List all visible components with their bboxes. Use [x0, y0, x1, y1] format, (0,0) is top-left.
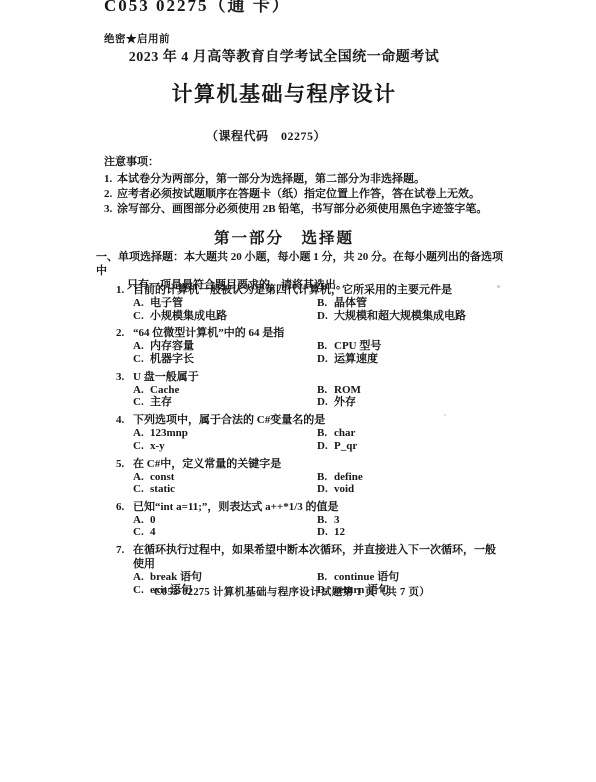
options-grid: A. 内存容量 B. CPU 型号 C. 机器字长 D. 运算速度	[95, 340, 501, 365]
options-grid: A. const B. define C. static D. void	[95, 471, 501, 496]
question-text: 在 C#中，定义常量的关键字是	[133, 457, 501, 471]
option-b-label: B.	[317, 384, 334, 397]
option-d-text: P_qr	[334, 440, 501, 453]
option-b-text: char	[334, 427, 501, 440]
question-text: 目前的计算机一般被认为是第四代计算机，它所采用的主要元件是	[133, 283, 501, 297]
question-block: 6. 已知“int a=11;”，则表达式 a++*1/3 的值是 A. 0 B…	[95, 500, 501, 539]
option-d-label: D.	[317, 440, 334, 453]
notice-item-text: 涂写部分、画图部分必须使用 2B 铅笔，书写部分必须使用黑色字迹签字笔。	[117, 202, 508, 217]
question-text-line: 5. 在 C#中，定义常量的关键字是	[95, 457, 501, 471]
option-c: C. 4	[133, 526, 317, 539]
option-b: B. continue 语句	[317, 571, 501, 584]
option-c: C. 机器字长	[133, 353, 317, 366]
option-d-text: void	[334, 483, 501, 496]
option-a: A. Cache	[133, 384, 317, 397]
option-d-label: D.	[317, 396, 334, 409]
option-a: A. 123mnp	[133, 427, 317, 440]
notice-list: 1. 本试卷分为两部分，第一部分为选择题，第二部分为非选择题。 2. 应考者必须…	[104, 172, 508, 218]
option-b: B. CPU 型号	[317, 340, 501, 353]
option-c-label: C.	[133, 440, 150, 453]
question-block: 5. 在 C#中，定义常量的关键字是 A. const B. define C.…	[95, 457, 501, 496]
option-c: C. static	[133, 483, 317, 496]
option-a: A. break 语句	[133, 571, 317, 584]
option-b-label: B.	[317, 471, 334, 484]
exam-session-line: 2023 年 4 月高等教育自学考试全国统一命题考试	[84, 46, 484, 66]
option-a-label: A.	[133, 427, 150, 440]
option-a: A. 内存容量	[133, 340, 317, 353]
option-d: D. 外存	[317, 396, 501, 409]
question-block: 4. 下列选项中，属于合法的 C#变量名的是 A. 123mnp B. char…	[95, 413, 501, 452]
option-d-label: D.	[317, 310, 334, 323]
question-number: 1.	[116, 283, 133, 297]
question-text-line: 4. 下列选项中，属于合法的 C#变量名的是	[95, 413, 501, 427]
question-number: 5.	[116, 457, 133, 471]
notice-item: 3. 涂写部分、画图部分必须使用 2B 铅笔，书写部分必须使用黑色字迹签字笔。	[104, 202, 508, 217]
option-c: C. x-y	[133, 440, 317, 453]
option-b: B. ROM	[317, 384, 501, 397]
options-grid: A. Cache B. ROM C. 主存 D. 外存	[95, 384, 501, 409]
notice-item-text: 本试卷分为两部分，第一部分为选择题，第二部分为非选择题。	[117, 172, 508, 187]
question-text: U 盘一般属于	[133, 370, 501, 384]
options-grid: A. 0 B. 3 C. 4 D. 12	[95, 514, 501, 539]
question-number: 3.	[116, 370, 133, 384]
option-c-text: x-y	[150, 440, 317, 453]
question-text-line: 6. 已知“int a=11;”，则表达式 a++*1/3 的值是	[95, 500, 501, 514]
option-c-label: C.	[133, 483, 150, 496]
cropped-code-text: C053 02275（通 卡）	[104, 0, 344, 16]
option-b-text: CPU 型号	[334, 340, 501, 353]
option-a-label: A.	[133, 471, 150, 484]
option-b-label: B.	[317, 514, 334, 527]
option-b-text: define	[334, 471, 501, 484]
options-grid: A. 电子管 B. 晶体管 C. 小规模集成电路 D. 大规模和超大规模集成电路	[95, 297, 501, 322]
option-c-text: 机器字长	[150, 353, 317, 366]
exam-paper-page: C053 02275（通 卡） 绝密★启用前 2023 年 4 月高等教育自学考…	[0, 0, 596, 782]
option-d-label: D.	[317, 353, 334, 366]
option-c-label: C.	[133, 310, 150, 323]
notice-item: 1. 本试卷分为两部分，第一部分为选择题，第二部分为非选择题。	[104, 172, 508, 187]
notice-item-number: 3.	[104, 202, 117, 217]
option-c-text: 4	[150, 526, 317, 539]
question-text: 在循环执行过程中，如果希望中断本次循环，并直接进入下一次循环，一般使用	[133, 543, 501, 571]
option-b-label: B.	[317, 340, 334, 353]
option-b-label: B.	[317, 571, 334, 584]
option-c-label: C.	[133, 526, 150, 539]
option-d-text: 运算速度	[334, 353, 501, 366]
notice-item-text: 应考者必须按试题顺序在答题卡（纸）指定位置上作答，答在试卷上无效。	[117, 187, 508, 202]
question-text-line: 3. U 盘一般属于	[95, 370, 501, 384]
question-text: 已知“int a=11;”，则表达式 a++*1/3 的值是	[133, 500, 501, 514]
question-number: 6.	[116, 500, 133, 514]
notice-item-number: 2.	[104, 187, 117, 202]
option-a-text: 0	[150, 514, 317, 527]
option-d-text: 12	[334, 526, 501, 539]
question-block: 2. “64 位微型计算机”中的 64 是指 A. 内存容量 B. CPU 型号…	[95, 326, 501, 365]
option-a-label: A.	[133, 514, 150, 527]
option-c-text: 小规模集成电路	[150, 310, 317, 323]
option-a: A. 0	[133, 514, 317, 527]
option-d-text: 外存	[334, 396, 501, 409]
option-c-text: 主存	[150, 396, 317, 409]
option-b: B. 晶体管	[317, 297, 501, 310]
option-c-label: C.	[133, 353, 150, 366]
option-a-label: A.	[133, 297, 150, 310]
option-c: C. 小规模集成电路	[133, 310, 317, 323]
question-text-line: 2. “64 位微型计算机”中的 64 是指	[95, 326, 501, 340]
option-d-label: D.	[317, 483, 334, 496]
option-b: B. define	[317, 471, 501, 484]
option-a: A. 电子管	[133, 297, 317, 310]
question-block: 3. U 盘一般属于 A. Cache B. ROM C. 主存	[95, 370, 501, 409]
option-b-text: 3	[334, 514, 501, 527]
document-title: 计算机基础与程序设计	[84, 78, 484, 108]
option-a: A. const	[133, 471, 317, 484]
option-d: D. void	[317, 483, 501, 496]
option-d: D. 运算速度	[317, 353, 501, 366]
option-b-text: ROM	[334, 384, 501, 397]
option-b-label: B.	[317, 297, 334, 310]
scan-speck	[497, 285, 500, 288]
option-a-text: 123mnp	[150, 427, 317, 440]
option-a-text: const	[150, 471, 317, 484]
question-number: 4.	[116, 413, 133, 427]
option-a-text: break 语句	[150, 571, 317, 584]
question-number: 7.	[116, 543, 133, 571]
option-a-label: A.	[133, 340, 150, 353]
course-code: （课程代码 02275）	[66, 127, 466, 144]
question-text: “64 位微型计算机”中的 64 是指	[133, 326, 501, 340]
option-c-text: static	[150, 483, 317, 496]
section-title: 第一部分 选择题	[84, 226, 484, 248]
scan-speck	[444, 414, 446, 416]
question-block: 1. 目前的计算机一般被认为是第四代计算机，它所采用的主要元件是 A. 电子管 …	[95, 283, 501, 322]
option-d-label: D.	[317, 526, 334, 539]
question-list: 1. 目前的计算机一般被认为是第四代计算机，它所采用的主要元件是 A. 电子管 …	[95, 283, 501, 601]
page-footer: C053·02275 计算机基础与程序设计试题第 1 页（共 7 页）	[77, 584, 507, 599]
question-number: 2.	[116, 326, 133, 340]
question-text-line: 7. 在循环执行过程中，如果希望中断本次循环，并直接进入下一次循环，一般使用	[95, 543, 501, 571]
option-b-text: continue 语句	[334, 571, 501, 584]
option-a-text: 电子管	[150, 297, 317, 310]
option-a-text: Cache	[150, 384, 317, 397]
option-b-text: 晶体管	[334, 297, 501, 310]
notice-heading: 注意事项：	[104, 155, 508, 169]
option-d: D. P_qr	[317, 440, 501, 453]
option-b: B. char	[317, 427, 501, 440]
option-d-text: 大规模和超大规模集成电路	[334, 310, 501, 323]
option-a-label: A.	[133, 571, 150, 584]
option-d: D. 12	[317, 526, 501, 539]
options-grid: A. 123mnp B. char C. x-y D. P_qr	[95, 427, 501, 452]
notice-item-number: 1.	[104, 172, 117, 187]
option-b: B. 3	[317, 514, 501, 527]
question-text-line: 1. 目前的计算机一般被认为是第四代计算机，它所采用的主要元件是	[95, 283, 501, 297]
option-d: D. 大规模和超大规模集成电路	[317, 310, 501, 323]
notice-item: 2. 应考者必须按试题顺序在答题卡（纸）指定位置上作答，答在试卷上无效。	[104, 187, 508, 202]
mcq-intro-line1: 一、单项选择题：本大题共 20 小题，每小题 1 分，共 20 分。在每小题列出…	[96, 251, 504, 279]
notice-section: 注意事项： 1. 本试卷分为两部分，第一部分为选择题，第二部分为非选择题。 2.…	[104, 155, 508, 218]
option-c: C. 主存	[133, 396, 317, 409]
option-a-text: 内存容量	[150, 340, 317, 353]
page-top-cropped-code: C053 02275（通 卡）	[104, 0, 344, 16]
classification-label: 绝密★启用前	[104, 31, 170, 46]
option-b-label: B.	[317, 427, 334, 440]
option-c-label: C.	[133, 396, 150, 409]
option-a-label: A.	[133, 384, 150, 397]
